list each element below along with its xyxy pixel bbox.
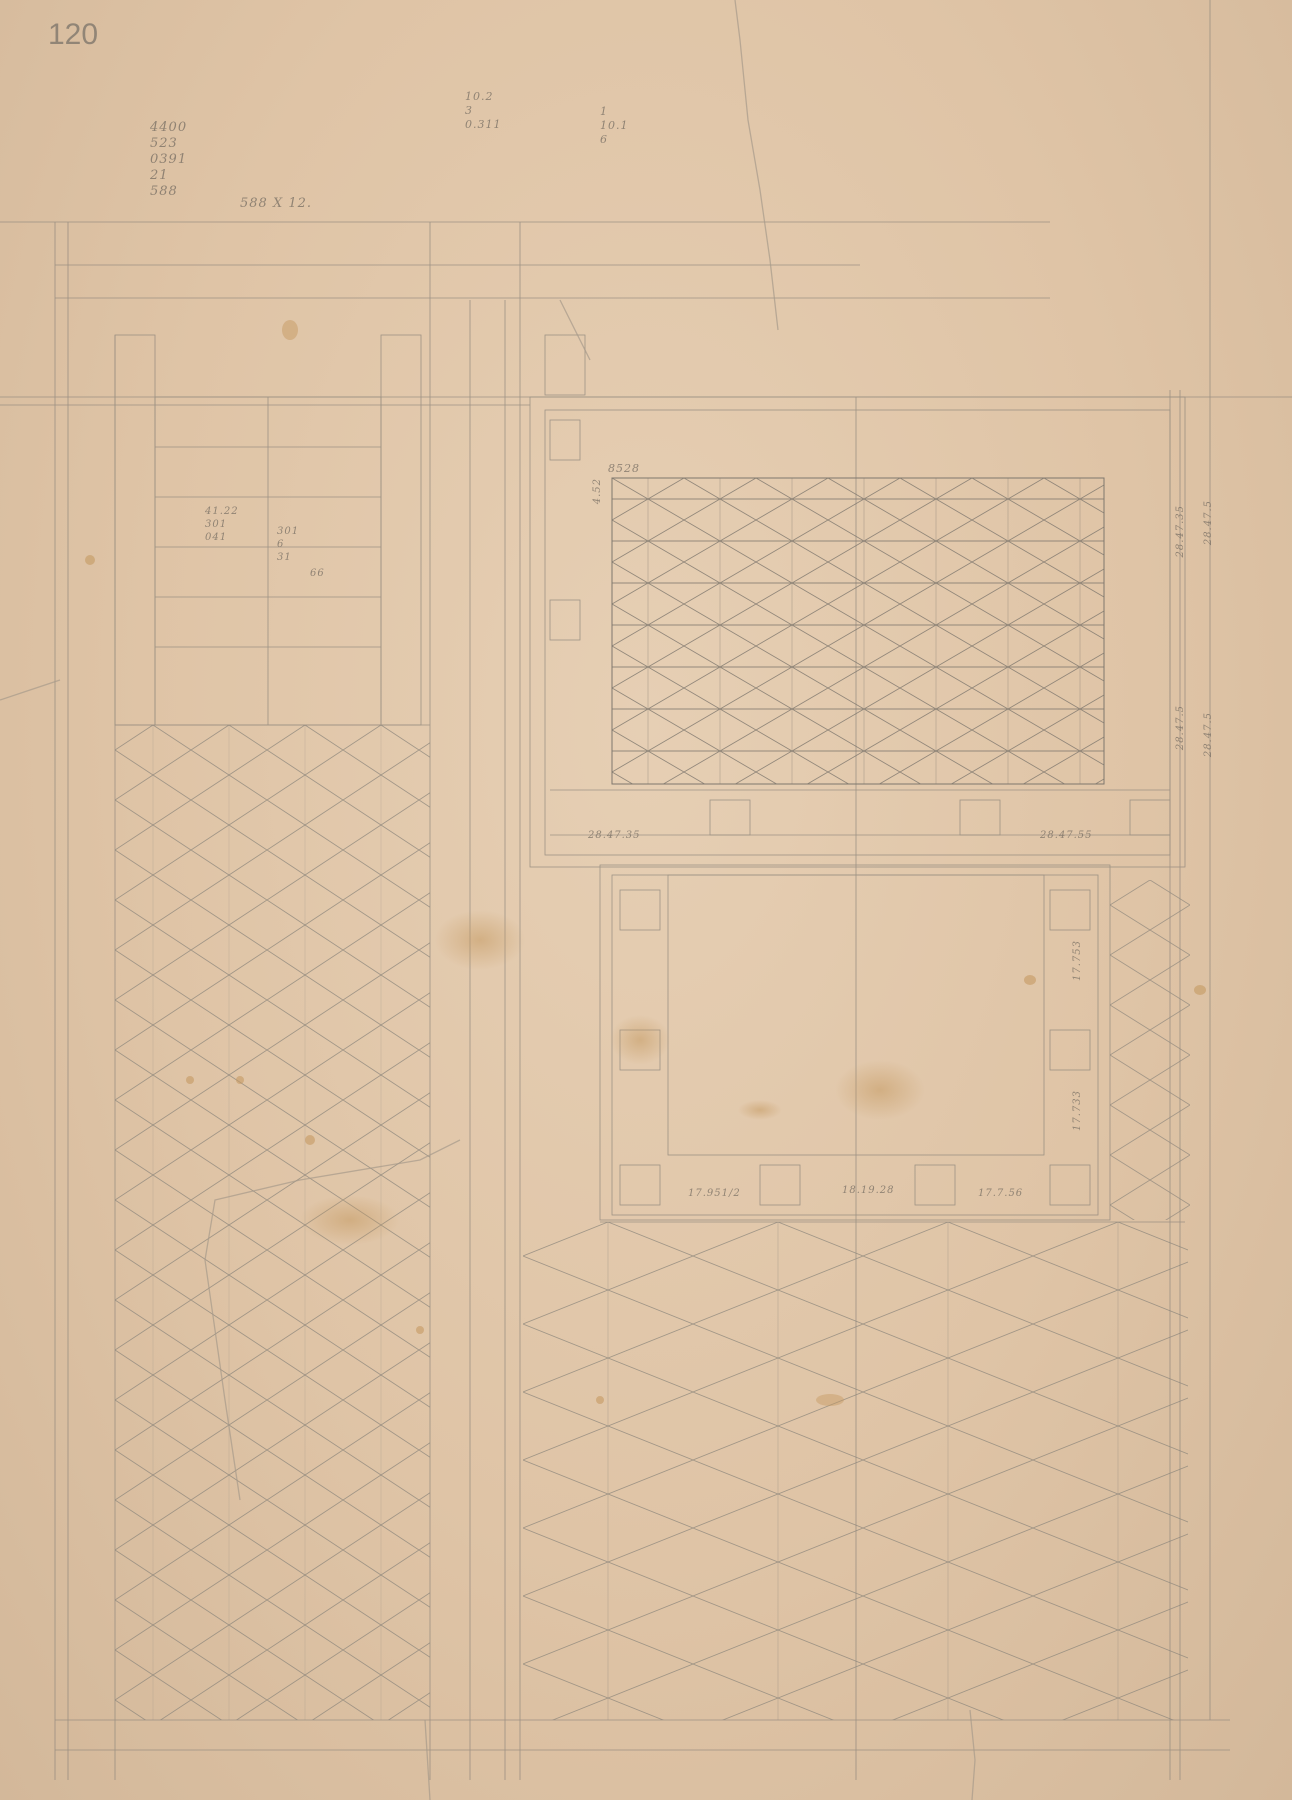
grid-corner-label-side: 4.52 <box>592 478 603 504</box>
right-edge-bottom-1: 28.47.5 <box>1175 705 1186 750</box>
calc-line: 6 <box>600 133 629 147</box>
left-room-calc-3: 66 <box>310 568 325 579</box>
calc-line: 041 <box>205 531 239 544</box>
left-room-calc-2: 301 6 31 <box>277 525 299 564</box>
lower-room-right-2: 17.733 <box>1072 1090 1083 1131</box>
left-room-calc: 41.22 301 041 <box>205 505 239 544</box>
drawing-sheet: 120 <box>0 0 1292 1800</box>
calc-line: 588 <box>150 184 187 200</box>
top-label: 588 X 12. <box>240 196 312 211</box>
calc-top-mid: 10.2 3 0.311 <box>465 90 502 132</box>
calc-line: 0.311 <box>465 118 502 132</box>
calc-line: 301 <box>277 525 299 538</box>
lower-room-bottom-3: 17.7.56 <box>978 1188 1023 1199</box>
calc-line: 301 <box>205 518 239 531</box>
strip-label-right: 28.47.55 <box>1040 830 1093 841</box>
right-edge-bottom-2: 28.47.5 <box>1203 712 1214 757</box>
lower-room-right-1: 17.753 <box>1072 940 1083 981</box>
plan-drawing <box>0 0 1292 1800</box>
calc-line: 41.22 <box>205 505 239 518</box>
calc-line: 10.2 <box>465 90 502 104</box>
calc-top-right: 1 10.1 6 <box>600 105 629 147</box>
calc-line: 1 <box>600 105 629 119</box>
calc-line: 3 <box>465 104 502 118</box>
calc-line: 4400 <box>150 120 187 136</box>
right-edge-top-1: 28.47.35 <box>1175 505 1186 558</box>
calc-line: 523 <box>150 136 187 152</box>
calc-top-left: 4400 523 0391 21 588 <box>150 120 187 200</box>
calc-line: 0391 <box>150 152 187 168</box>
lower-room-bottom-2: 18.19.28 <box>842 1185 895 1196</box>
strip-label-left: 28.47.35 <box>588 830 641 841</box>
lower-room-bottom-1: 17.951/2 <box>688 1188 741 1199</box>
grid-corner-label-top: 8528 <box>608 462 640 475</box>
calc-line: 6 <box>277 538 299 551</box>
right-edge-top-2: 28.47.5 <box>1203 500 1214 545</box>
calc-line: 10.1 <box>600 119 629 133</box>
calc-line: 21 <box>150 168 187 184</box>
calc-line: 31 <box>277 551 299 564</box>
